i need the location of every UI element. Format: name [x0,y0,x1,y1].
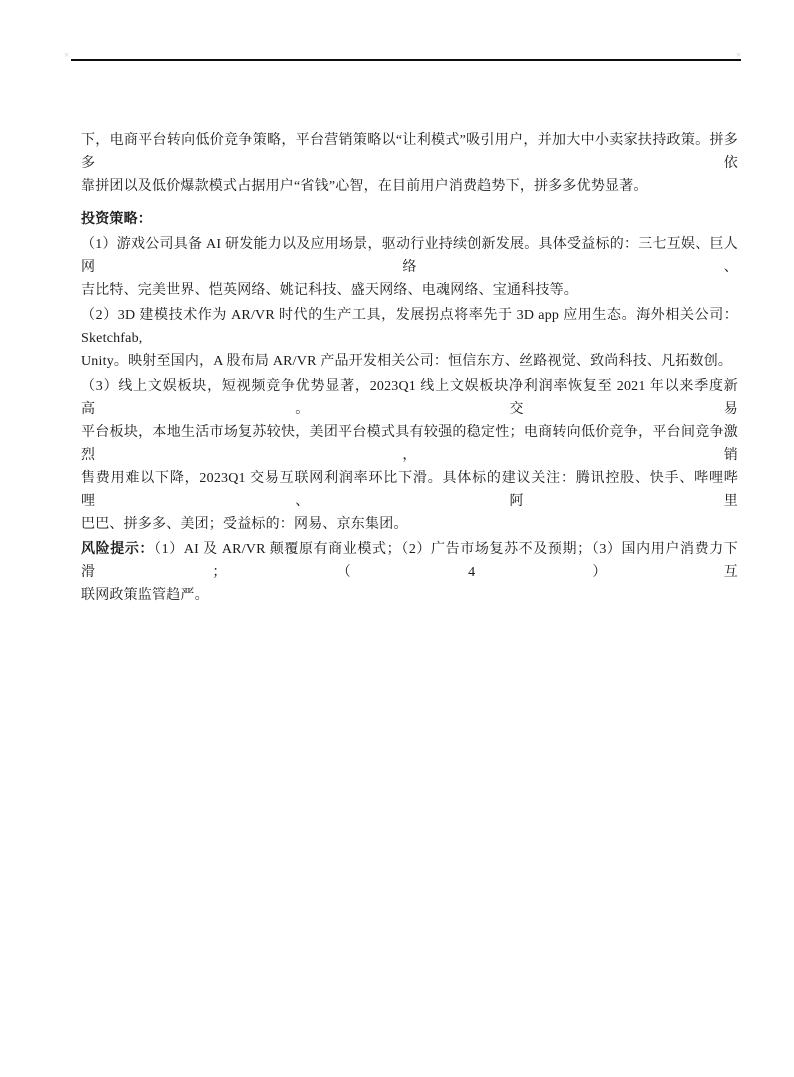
document-page: × × 下，电商平台转向低价竞争策略，平台营销策略以“让利模式”吸引用户，并加大… [0,0,794,1077]
text-line: 平台板块，本地生活市场复苏较快，美团平台模式具有较强的稳定性；电商转向低价竞争，… [81,421,738,467]
paragraph: （3）线上文娱板块，短视频竞争优势显著，2023Q1 线上文娱板块净利润率恢复至… [81,375,738,536]
text-run: 巴巴、拼多多、美团；受益标的：网易、京东集团。 [81,517,408,532]
text-line: （1）游戏公司具备 AI 研发能力以及应用场景，驱动行业持续创新发展。具体受益标… [81,233,738,279]
text-run: （1）游戏公司具备 AI 研发能力以及应用场景，驱动行业持续创新发展。具体受益标… [81,237,738,275]
paragraph: （2）3D 建模技术作为 AR/VR 时代的生产工具，发展拐点将率先于 3D a… [81,304,738,373]
header-rule [71,59,741,61]
text-run: 联网政策监管趋严。 [81,588,209,603]
rule-end-mark-left: × [64,51,69,60]
text-run: 下，电商平台转向低价竞争策略，平台营销策略以“让利模式”吸引用户，并加大中小卖家… [81,133,738,171]
paragraph: 风险提示：（1）AI 及 AR/VR 颠覆原有商业模式；（2）广告市场复苏不及预… [81,538,738,607]
text-run: 投资策略： [81,212,152,227]
text-run: Unity。映射至国内，A 股布局 AR/VR 产品开发相关公司：恒信东方、丝路… [81,354,732,369]
paragraph: 下，电商平台转向低价竞争策略，平台营销策略以“让利模式”吸引用户，并加大中小卖家… [81,129,738,198]
paragraph: （1）游戏公司具备 AI 研发能力以及应用场景，驱动行业持续创新发展。具体受益标… [81,233,738,302]
text-line: 风险提示：（1）AI 及 AR/VR 颠覆原有商业模式；（2）广告市场复苏不及预… [81,538,738,584]
text-line: 联网政策监管趋严。 [81,584,738,607]
text-run: 平台板块，本地生活市场复苏较快，美团平台模式具有较强的稳定性；电商转向低价竞争，… [81,425,738,463]
text-run: （1）AI 及 AR/VR 颠覆原有商业模式；（2）广告市场复苏不及预期；（3）… [81,542,738,580]
text-line: 巴巴、拼多多、美团；受益标的：网易、京东集团。 [81,513,738,536]
section-heading: 投资策略： [81,208,738,231]
paragraph-lead: 风险提示： [81,542,154,557]
text-run: （2）3D 建模技术作为 AR/VR 时代的生产工具，发展拐点将率先于 3D a… [81,308,738,346]
rule-end-mark-right: × [736,51,741,60]
text-line: （3）线上文娱板块，短视频竞争优势显著，2023Q1 线上文娱板块净利润率恢复至… [81,375,738,421]
text-line: 吉比特、完美世界、恺英网络、姚记科技、盛天网络、电魂网络、宝通科技等。 [81,279,738,302]
text-line: （2）3D 建模技术作为 AR/VR 时代的生产工具，发展拐点将率先于 3D a… [81,304,738,350]
text-run: 售费用难以下降，2023Q1 交易互联网利润率环比下滑。具体标的建议关注：腾讯控… [81,471,738,509]
document-content: 下，电商平台转向低价竞争策略，平台营销策略以“让利模式”吸引用户，并加大中小卖家… [81,129,738,609]
text-line: 售费用难以下降，2023Q1 交易互联网利润率环比下滑。具体标的建议关注：腾讯控… [81,467,738,513]
text-line: Unity。映射至国内，A 股布局 AR/VR 产品开发相关公司：恒信东方、丝路… [81,350,738,373]
text-line: 下，电商平台转向低价竞争策略，平台营销策略以“让利模式”吸引用户，并加大中小卖家… [81,129,738,175]
text-run: 吉比特、完美世界、恺英网络、姚记科技、盛天网络、电魂网络、宝通科技等。 [81,283,578,298]
text-line: 靠拼团以及低价爆款模式占据用户“省钱”心智，在目前用户消费趋势下，拼多多优势显著… [81,175,738,198]
text-run: （3）线上文娱板块，短视频竞争优势显著，2023Q1 线上文娱板块净利润率恢复至… [81,379,738,417]
text-run: 靠拼团以及低价爆款模式占据用户“省钱”心智，在目前用户消费趋势下，拼多多优势显著… [81,179,648,194]
text-line: 投资策略： [81,208,738,231]
